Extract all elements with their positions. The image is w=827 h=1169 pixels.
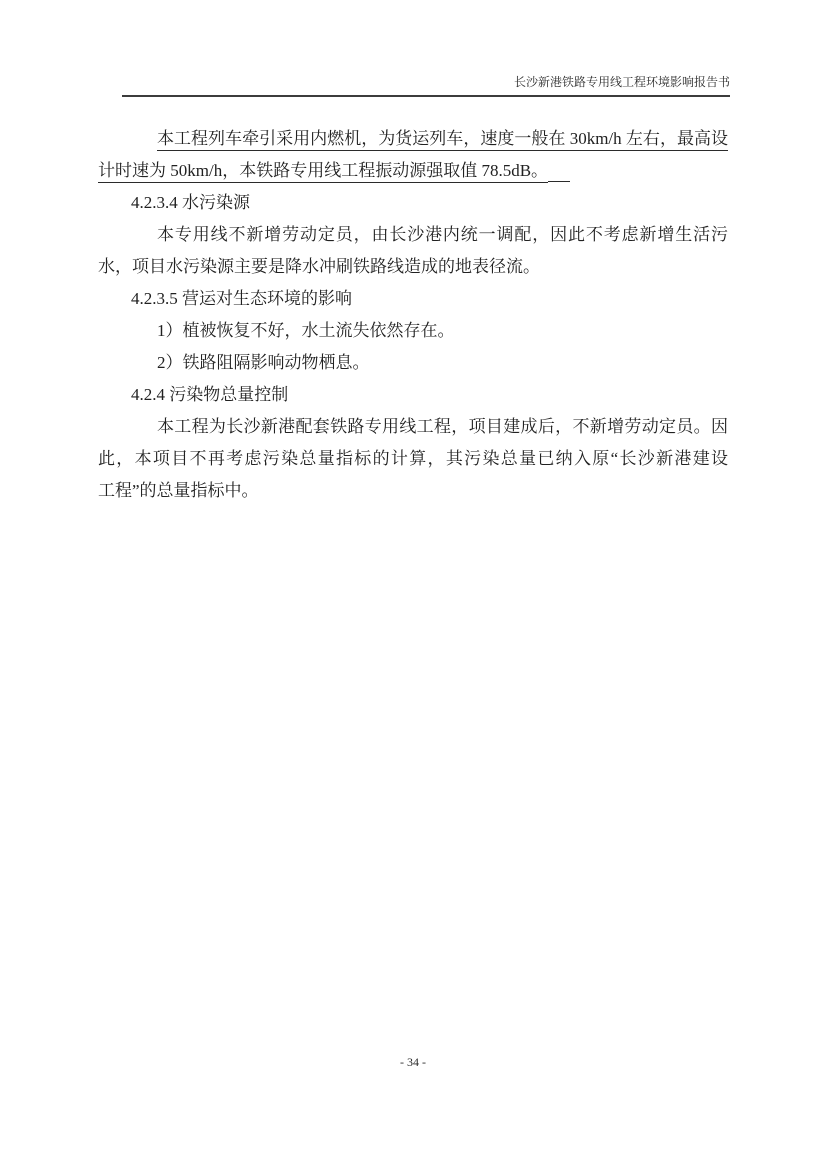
paragraph-line: 本工程为长沙新港配套铁路专用线工程，项目建成后，不新增劳动定员。因	[98, 411, 728, 443]
document-body: 本工程列车牵引采用内燃机，为货运列车，速度一般在 30km/h 左右，最高设 计…	[98, 123, 728, 507]
paragraph-line: 计时速为 50km/h，本铁路专用线工程振动源强取值 78.5dB。	[98, 155, 728, 187]
header-title: 长沙新港铁路专用线工程环境影响报告书	[514, 75, 730, 89]
list-item: 1）植被恢复不好，水土流失依然存在。	[98, 315, 728, 347]
list-item: 2）铁路阻隔影响动物栖息。	[98, 347, 728, 379]
section-heading-ecology-impact: 4.2.3.5 营运对生态环境的影响	[98, 283, 728, 315]
section-heading-water-pollution: 4.2.3.4 水污染源	[98, 187, 728, 219]
page-footer: - 34 -	[98, 1054, 728, 1070]
paragraph-line: 工程”的总量指标中。	[98, 475, 728, 507]
document-page: 长沙新港铁路专用线工程环境影响报告书 本工程列车牵引采用内燃机，为货运列车，速度…	[0, 0, 827, 1169]
page-header: 长沙新港铁路专用线工程环境影响报告书	[122, 74, 730, 97]
underlined-text: 本工程列车牵引采用内燃机，为货运列车，速度一般在 30km/h 左右，最高设	[157, 129, 728, 151]
paragraph-line: 本专用线不新增劳动定员，由长沙港内统一调配，因此不考虑新增生活污	[98, 219, 728, 251]
paragraph-line: 水，项目水污染源主要是降水冲刷铁路线造成的地表径流。	[98, 251, 728, 283]
section-heading-total-pollutant-control: 4.2.4 污染物总量控制	[98, 379, 728, 411]
page-number: - 34 -	[400, 1055, 426, 1069]
underlined-text: 计时速为 50km/h，本铁路专用线工程振动源强取值 78.5dB。	[98, 161, 548, 183]
paragraph-line: 本工程列车牵引采用内燃机，为货运列车，速度一般在 30km/h 左右，最高设	[98, 123, 728, 155]
underline-extension	[548, 164, 570, 182]
paragraph-line: 此，本项目不再考虑污染总量指标的计算，其污染总量已纳入原“长沙新港建设	[98, 443, 728, 475]
